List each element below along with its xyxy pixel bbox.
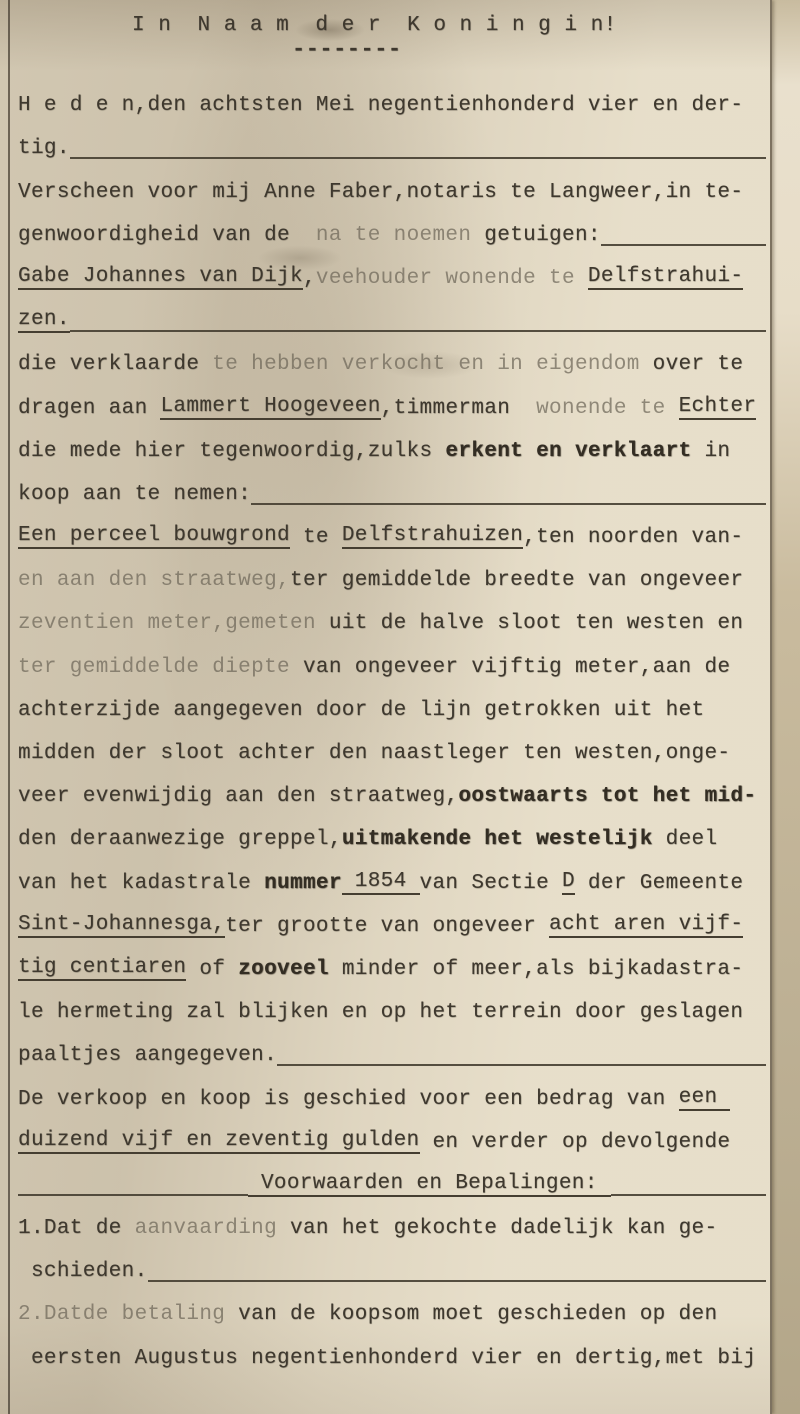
text-segment: 1854 xyxy=(342,870,420,895)
text-segment: koop aan te nemen: xyxy=(18,483,251,506)
text-segment: , xyxy=(303,267,316,290)
text-segment: Echter xyxy=(679,395,757,420)
text-segment: en verder op devolgende xyxy=(420,1131,731,1154)
text-line: paaltjes aangegeven. xyxy=(18,1024,766,1067)
text-segment: ter gemiddelde diepte xyxy=(18,656,290,679)
text-segment: van het kadastrale xyxy=(18,872,264,895)
text-line: De verkoop en koop is geschied voor een … xyxy=(18,1067,766,1110)
text-segment: Delfstrahuizen xyxy=(342,524,523,549)
text-segment: ,ten noorden van- xyxy=(523,526,743,549)
text-line: Gabe Johannes van Dijk,veehouder wonende… xyxy=(18,247,766,290)
text-segment: ter grootte van ongeveer xyxy=(225,915,549,938)
text-segment: 1.Dat de xyxy=(18,1217,135,1240)
text-segment: Een perceel bouwgrond xyxy=(18,524,290,549)
text-segment: Gabe Johannes van Dijk xyxy=(18,265,303,290)
text-line: Voorwaarden en Bepalingen: xyxy=(18,1154,766,1197)
rule-fill xyxy=(70,330,766,332)
text-line: tig. xyxy=(18,117,766,160)
text-line: veer evenwijdig aan den straatweg,oostwa… xyxy=(18,765,766,808)
text-line: tig centiaren of zooveel minder of meer,… xyxy=(18,938,766,981)
text-segment: die mede hier tegenwoordig,zulks xyxy=(18,440,445,463)
text-line: ter gemiddelde diepte van ongeveer vijft… xyxy=(18,635,766,678)
text-segment: den deraanwezige greppel, xyxy=(18,828,342,851)
text-line: koop aan te nemen: xyxy=(18,463,766,506)
text-line: genwoordigheid van de na te noemen getui… xyxy=(18,204,766,247)
text-segment: Voorwaarden en Bepalingen: xyxy=(248,1172,611,1197)
text-segment: ter gemiddelde breedte van ongeveer xyxy=(290,569,743,592)
text-segment: van het gekochte dadelijk kan ge- xyxy=(277,1217,717,1240)
text-line: Sint-Johannesga,ter grootte van ongeveer… xyxy=(18,895,766,938)
document-title: I n N a a m d e r K o n i n g i n! xyxy=(132,14,617,37)
text-line: H e d e n,den achtsten Mei negentienhond… xyxy=(18,74,766,117)
document-lines: H e d e n,den achtsten Mei negentienhond… xyxy=(18,74,766,1370)
text-segment: Delfstrahui- xyxy=(588,265,743,290)
text-segment: duizend vijf en zeventig gulden xyxy=(18,1129,420,1154)
text-segment: te hebben verkocht en in eigendom xyxy=(212,353,639,376)
text-segment: tig. xyxy=(18,137,70,160)
text-segment: getuigen: xyxy=(471,224,601,247)
rule-fill xyxy=(277,1064,766,1066)
text-segment: dragen aan xyxy=(18,397,160,420)
text-segment: en aan den straatweg, xyxy=(18,569,290,592)
text-line: zeventien meter,gemeten uit de halve slo… xyxy=(18,592,766,635)
text-line: en aan den straatweg,ter gemiddelde bree… xyxy=(18,549,766,592)
text-line: achterzijde aangegeven door de lijn getr… xyxy=(18,679,766,722)
text-segment: erkent en verklaart xyxy=(445,440,691,463)
text-segment: minder of meer,als bijkadastra- xyxy=(329,958,743,981)
text-segment: van Sectie xyxy=(420,872,562,895)
text-segment: uit de halve sloot ten westen en xyxy=(316,612,743,635)
text-segment: De verkoop en koop is geschied voor een … xyxy=(18,1088,679,1111)
text-segment: ,timmerman xyxy=(381,397,536,420)
text-line: die verklaarde te hebben verkocht en in … xyxy=(18,333,766,376)
text-segment: oostwaarts tot het mid- xyxy=(458,785,756,808)
text-segment: zen. xyxy=(18,308,70,333)
text-line: eersten Augustus negentienhonderd vier e… xyxy=(18,1326,766,1369)
text-segment: schieden. xyxy=(18,1260,148,1283)
text-segment: midden der sloot achter den naastleger t… xyxy=(18,742,730,765)
text-segment: van de koopsom moet geschieden op den xyxy=(225,1303,717,1326)
rule-fill xyxy=(148,1280,766,1282)
text-line: 2.Datde betaling van de koopsom moet ges… xyxy=(18,1283,766,1326)
text-line: midden der sloot achter den naastleger t… xyxy=(18,722,766,765)
text-segment: zeventien meter,gemeten xyxy=(18,612,316,635)
text-segment: te xyxy=(290,526,342,549)
text-segment: na te noemen xyxy=(316,224,471,247)
text-segment: genwoordigheid van de xyxy=(18,224,316,247)
text-segment: eersten Augustus negentienhonderd vier e… xyxy=(18,1347,756,1370)
text-line: die mede hier tegenwoordig,zulks erkent … xyxy=(18,420,766,463)
text-segment: Lammert Hoogeveen xyxy=(160,395,380,420)
text-segment: veehouder wonende te xyxy=(316,267,588,290)
text-segment: of xyxy=(186,958,238,981)
text-segment: paaltjes aangegeven. xyxy=(18,1044,277,1067)
text-segment: deel xyxy=(653,828,718,851)
text-segment: aanvaarding xyxy=(135,1217,277,1240)
text-segment: in xyxy=(692,440,731,463)
text-line: Een perceel bouwgrond te Delfstrahuizen,… xyxy=(18,506,766,549)
text-line: 1.Dat de aanvaarding van het gekochte da… xyxy=(18,1197,766,1240)
text-segment: acht aren vijf- xyxy=(549,913,743,938)
text-segment: een xyxy=(679,1086,731,1111)
text-segment: tig centiaren xyxy=(18,956,186,981)
text-line: van het kadastrale nummer 1854 van Secti… xyxy=(18,851,766,894)
text-segment: Sint-Johannesga, xyxy=(18,913,225,938)
text-line: schieden. xyxy=(18,1240,766,1283)
text-segment: zooveel xyxy=(238,958,329,981)
text-segment: Verscheen voor mij Anne Faber,notaris te… xyxy=(18,181,743,204)
text-segment: achterzijde aangegeven door de lijn getr… xyxy=(18,699,704,722)
rule-fill xyxy=(70,157,766,159)
rule-fill xyxy=(601,244,766,246)
rule-fill xyxy=(611,1194,766,1196)
text-segment: le hermeting zal blijken en op het terre… xyxy=(18,1001,743,1024)
text-segment: der Gemeente xyxy=(575,872,743,895)
text-line: duizend vijf en zeventig gulden en verde… xyxy=(18,1111,766,1154)
text-segment: veer evenwijdig aan den straatweg, xyxy=(18,785,458,808)
text-segment: wonende te xyxy=(536,397,678,420)
rule-fill xyxy=(251,503,766,505)
text-line: Verscheen voor mij Anne Faber,notaris te… xyxy=(18,160,766,203)
left-margin-line xyxy=(8,0,10,1414)
page-sheet: I n N a a m d e r K o n i n g i n! -----… xyxy=(0,0,772,1414)
text-line: le hermeting zal blijken en op het terre… xyxy=(18,981,766,1024)
text-segment: nummer xyxy=(264,872,342,895)
title-underline-dashes: -------- xyxy=(292,37,402,62)
text-segment: over te xyxy=(640,353,744,376)
text-segment: D xyxy=(562,870,575,895)
text-segment: uitmakende het westelijk xyxy=(342,828,653,851)
text-line: den deraanwezige greppel,uitmakende het … xyxy=(18,808,766,851)
rule-fill xyxy=(18,1194,248,1196)
text-segment: die verklaarde xyxy=(18,353,212,376)
text-line: zen. xyxy=(18,290,766,333)
text-segment: van ongeveer vijftig meter,aan de xyxy=(290,656,730,679)
text-segment: H e d e n,den achtsten Mei negentienhond… xyxy=(18,94,743,117)
text-segment: 2.Datde betaling xyxy=(18,1303,225,1326)
text-line: dragen aan Lammert Hoogeveen,timmerman w… xyxy=(18,376,766,419)
